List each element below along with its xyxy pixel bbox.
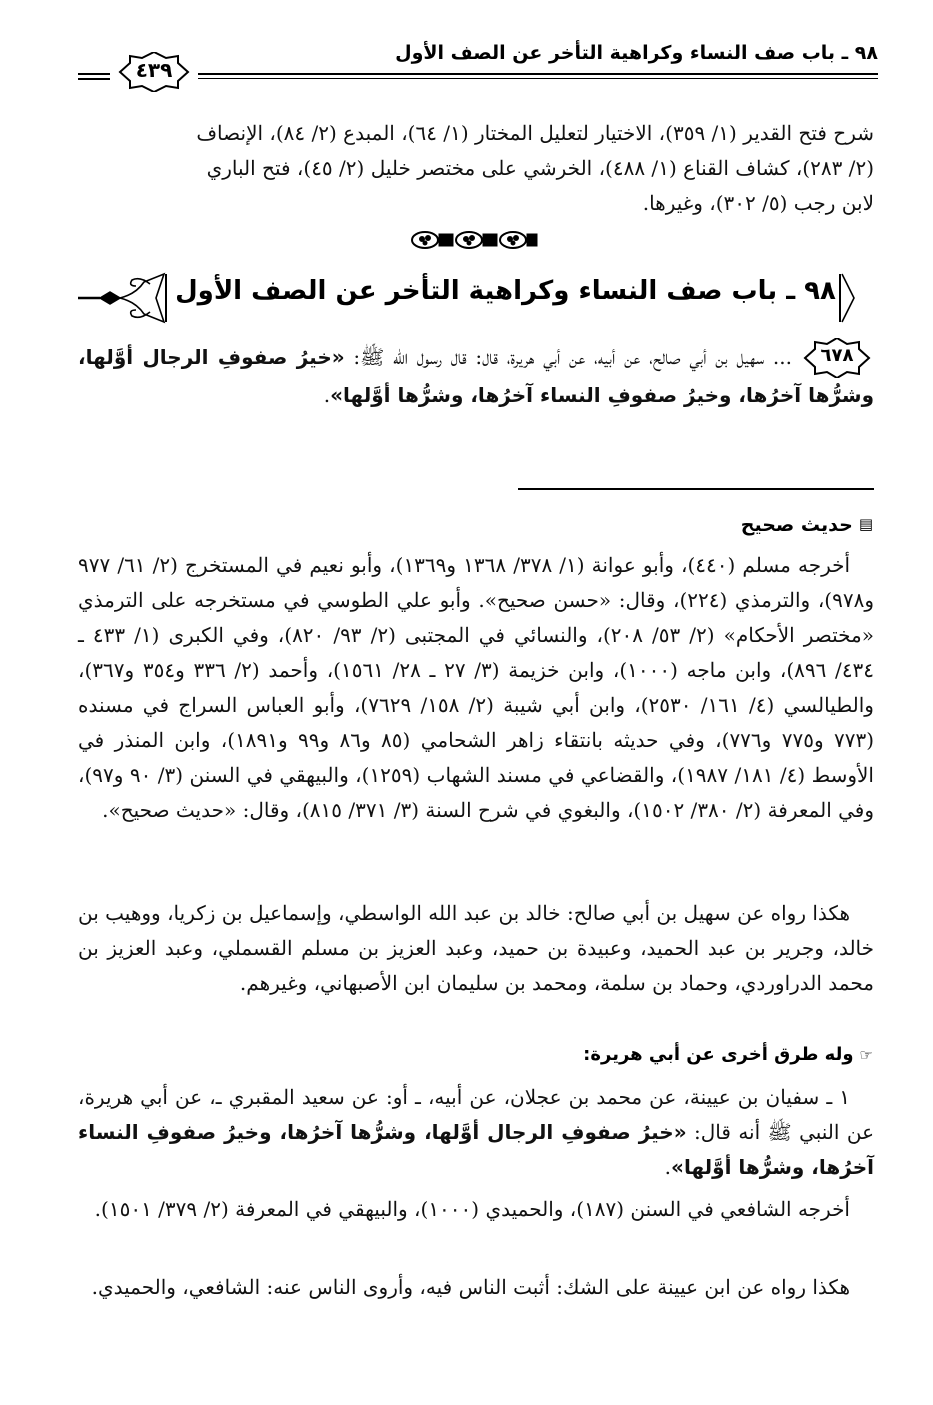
- route-1-takhrij-text: أخرجه الشافعي في السنن (١٨٧)، والحميدي (…: [78, 1192, 874, 1227]
- header-rule-left: [78, 78, 110, 80]
- page-number-badge: ٤٣٩: [112, 52, 196, 92]
- book-page: ٩٨ ـ باب صف النساء وكراهية التأخر عن الص…: [0, 0, 933, 1405]
- chapter-title: ٩٨ ـ باب صف النساء وكراهية التأخر عن الص…: [173, 276, 838, 306]
- route-1-note-text: هكذا رواه عن ابن عيينة على الشك: أثبت ال…: [78, 1270, 874, 1305]
- running-header-title: ٩٨ ـ باب صف النساء وكراهية التأخر عن الص…: [395, 42, 878, 64]
- continuation-text: شرح فتح القدير (١/ ٣٥٩)، الاختيار لتعليل…: [78, 116, 874, 221]
- route-1-paragraph: ١ ـ سفيان بن عيينة، عن محمد بن عجلان، عن…: [78, 1080, 874, 1185]
- hadith-isnad: ... سهيل بن أبي صالح، عن أبيه، عن أبي هر…: [345, 345, 874, 369]
- header-rule: [198, 73, 878, 75]
- text-line: شرح فتح القدير (١/ ٣٥٩)، الاختيار لتعليل…: [78, 116, 874, 151]
- ornament-scroll-right-icon: [838, 270, 878, 326]
- pointer-hand-icon: ☞: [860, 1046, 873, 1064]
- floral-divider-icon: [407, 230, 547, 250]
- ornament-scroll-left-icon: [78, 270, 170, 326]
- route-1-takhrij: أخرجه الشافعي في السنن (١٨٧)، والحميدي (…: [78, 1192, 874, 1227]
- narrators-text: هكذا رواه عن سهيل بن أبي صالح: خالد بن ع…: [78, 896, 874, 1001]
- other-routes-heading: ☞وله طرق أخرى عن أبي هريرة:: [583, 1044, 873, 1065]
- header-rule: [198, 78, 878, 79]
- route-1-note: هكذا رواه عن ابن عيينة على الشك: أثبت ال…: [78, 1270, 874, 1305]
- footnote-separator: [518, 488, 874, 490]
- takhrij-paragraph: أخرجه مسلم (٤٤٠)، وأبو عوانة (١/ ٣٧٨/ ١٣…: [78, 548, 874, 828]
- running-header: ٩٨ ـ باب صف النساء وكراهية التأخر عن الص…: [78, 38, 878, 82]
- text-line: (٢/ ٢٨٣)، كشاف القناع (١/ ٤٨٨)، الخرشي ع…: [78, 151, 874, 186]
- hadith-grade: ▤حديث صحيح: [741, 514, 873, 536]
- hadith-text: ... سهيل بن أبي صالح، عن أبيه، عن أبي هر…: [78, 338, 874, 414]
- chapter-heading: ٩٨ ـ باب صف النساء وكراهية التأخر عن الص…: [78, 270, 878, 326]
- text-line: لابن رجب (٥/ ٣٠٢)، وغيرها.: [78, 186, 874, 221]
- books-icon: ▤: [859, 515, 873, 533]
- grade-label: حديث صحيح: [741, 514, 853, 536]
- takhrij-text: أخرجه مسلم (٤٤٠)، وأبو عوانة (١/ ٣٧٨/ ١٣…: [78, 548, 874, 828]
- other-routes-label: وله طرق أخرى عن أبي هريرة:: [583, 1044, 853, 1065]
- narrators-paragraph: هكذا رواه عن سهيل بن أبي صالح: خالد بن ع…: [78, 896, 874, 1001]
- header-rule-left: [78, 73, 110, 75]
- page-number: ٤٣٩: [112, 58, 196, 82]
